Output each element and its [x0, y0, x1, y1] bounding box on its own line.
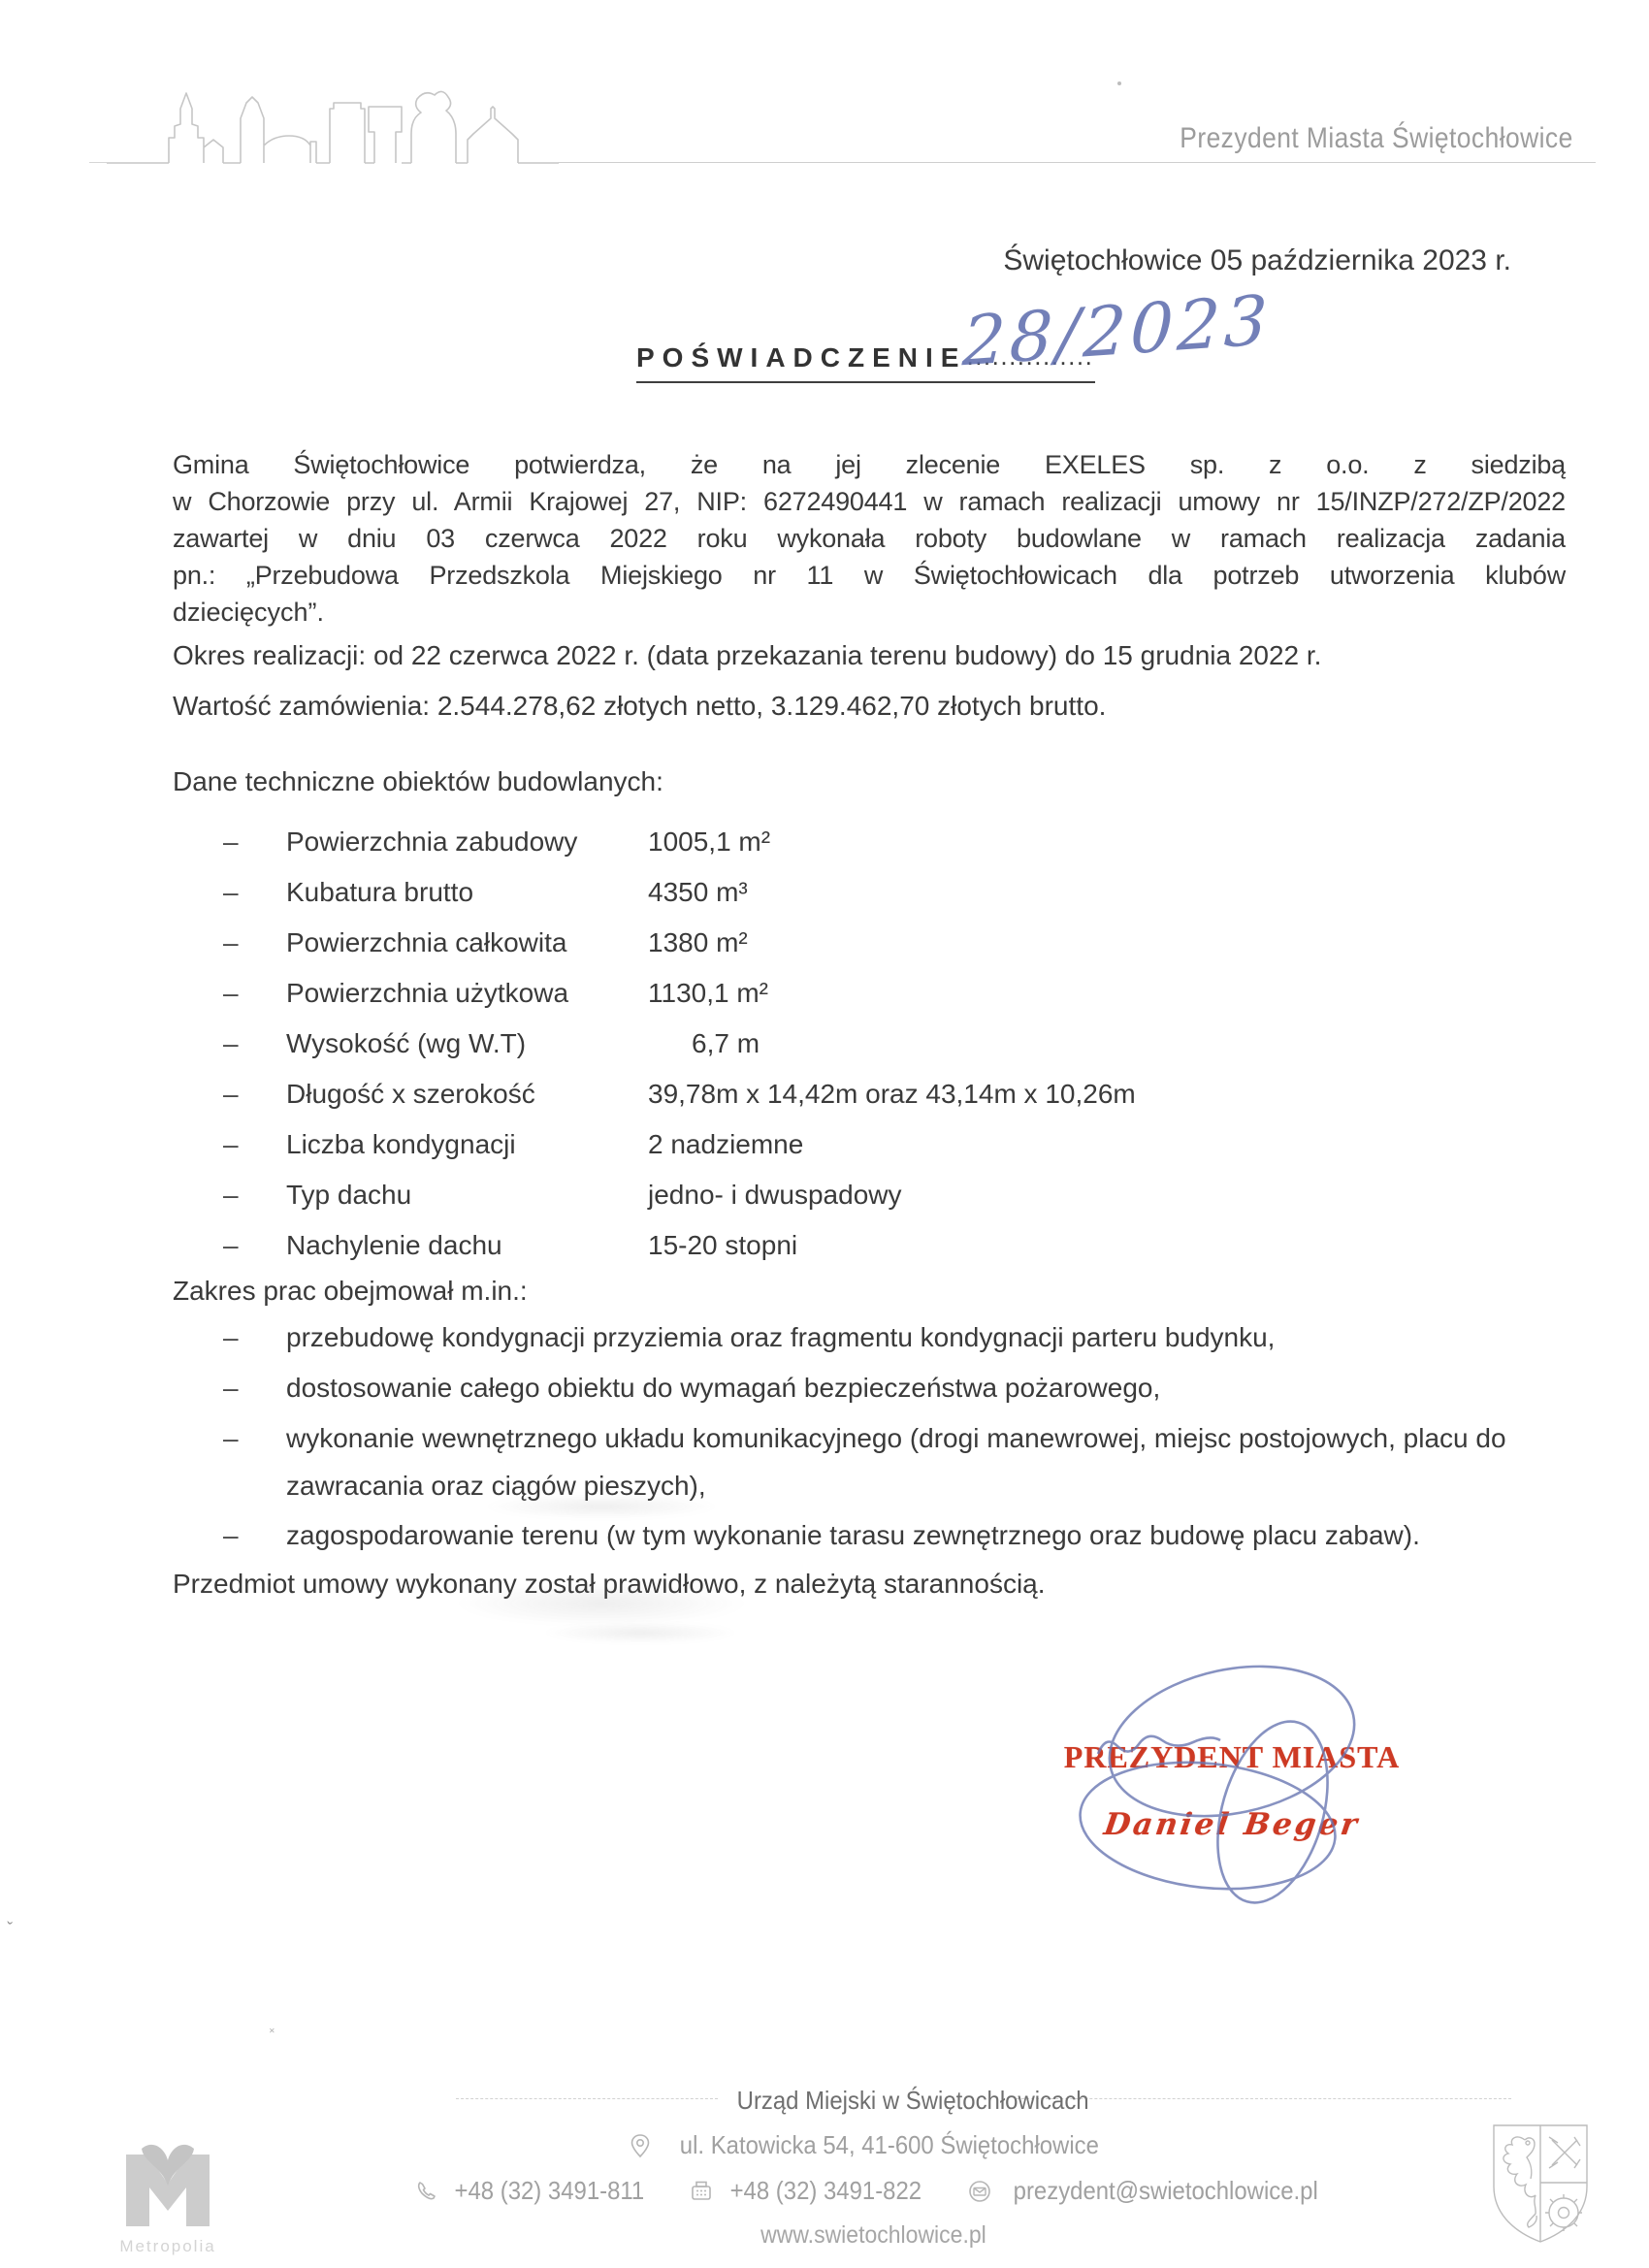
technical-value: jedno- i dwuspadowy	[648, 1180, 902, 1211]
footer-fax: +48 (32) 3491-822	[730, 2176, 921, 2206]
technical-row: – Liczba kondygnacji 2 nadziemne	[173, 1129, 1564, 1180]
technical-label: Powierzchnia zabudowy	[286, 826, 577, 858]
dash-bullet: –	[223, 1322, 239, 1353]
footer-contact-row: +48 (32) 3491-811 +48 (32) 3491-822 prez…	[87, 2176, 1649, 2206]
realization-period: Okres realizacji: od 22 czerwca 2022 r. …	[173, 640, 1321, 671]
date-line: Świętochłowice 05 października 2023 r.	[1003, 244, 1511, 277]
scan-smudge	[485, 1494, 718, 1519]
technical-row: – Wysokość (wg W.T) 6,7 m	[173, 1028, 1564, 1079]
scan-mark: ˟	[270, 2025, 275, 2041]
metropolia-logo: Metropolia	[114, 2139, 221, 2256]
technical-row: – Nachylenie dachu 15-20 stopni	[173, 1230, 1564, 1280]
intro-paragraph: Gmina Świętochłowice potwierdza, że na j…	[173, 446, 1566, 631]
intro-line: w Chorzowie przy ul. Armii Krajowej 27, …	[173, 483, 1566, 520]
technical-row: – Długość x szerokość 39,78m x 14,42m or…	[173, 1079, 1564, 1129]
dash-bullet: –	[223, 877, 239, 908]
technical-value: 6,7 m	[692, 1028, 760, 1059]
pen-signature-icon	[1028, 1649, 1436, 1921]
metropolia-m-icon	[124, 2139, 211, 2228]
footer-divider-right	[1017, 2098, 1511, 2099]
technical-value: 1380 m²	[648, 927, 748, 958]
footer-website: www.swietochlowice.pl	[760, 2221, 986, 2250]
scope-heading: Zakres prac obejmował m.in.:	[173, 1276, 528, 1307]
technical-value: 1005,1 m²	[648, 826, 770, 858]
technical-row: – Typ dachu jedno- i dwuspadowy	[173, 1180, 1564, 1230]
order-value: Wartość zamówienia: 2.544.278,62 złotych…	[173, 691, 1106, 722]
intro-line: pn.: „Przebudowa Przedszkola Miejskiego …	[173, 557, 1566, 594]
technical-value: 39,78m x 14,42m oraz 43,14m x 10,26m	[648, 1079, 1136, 1110]
technical-label: Kubatura brutto	[286, 877, 473, 908]
fax-icon	[689, 2180, 714, 2203]
technical-data-list: – Powierzchnia zabudowy 1005,1 m² – Kuba…	[173, 826, 1564, 1280]
technical-heading: Dane techniczne obiektów budowlanych:	[173, 766, 663, 797]
footer-address: ul. Katowicka 54, 41-600 Świętochłowice	[680, 2130, 1099, 2160]
scan-smudge	[543, 1622, 737, 1643]
intro-line: zawartej w dniu 03 czerwca 2022 roku wyk…	[173, 520, 1566, 557]
location-pin-icon	[629, 2133, 652, 2158]
dash-bullet: –	[223, 1373, 239, 1404]
metropolia-label: Metropolia	[114, 2237, 221, 2256]
footer-divider-left	[456, 2098, 718, 2099]
intro-line: dziecięcych”.	[173, 594, 1566, 631]
scan-smudge	[456, 1581, 747, 1626]
dash-bullet: –	[223, 927, 239, 958]
technical-label: Powierzchnia całkowita	[286, 927, 566, 958]
technical-label: Powierzchnia użytkowa	[286, 978, 568, 1009]
technical-row: – Powierzchnia użytkowa 1130,1 m²	[173, 978, 1564, 1028]
intro-line: Gmina Świętochłowice potwierdza, że na j…	[173, 446, 1566, 483]
dash-bullet: –	[223, 826, 239, 858]
footer-address-row: ul. Katowicka 54, 41-600 Świętochłowice	[87, 2130, 1649, 2160]
scope-text: wykonanie wewnętrznego układu komunikacy…	[286, 1423, 1566, 1454]
scan-mark: ˇ	[4, 1919, 14, 1940]
dash-bullet: –	[223, 1180, 239, 1211]
phone-icon	[415, 2180, 438, 2203]
dash-bullet: –	[223, 978, 239, 1009]
city-crest-icon	[1482, 2121, 1599, 2247]
technical-value: 4350 m³	[648, 877, 748, 908]
scope-text: przebudowę kondygnacji przyziemia oraz f…	[286, 1322, 1566, 1353]
technical-row: – Kubatura brutto 4350 m³	[173, 877, 1564, 927]
footer-phone: +48 (32) 3491-811	[454, 2176, 644, 2206]
email-icon	[967, 2180, 992, 2203]
header-divider-left	[89, 162, 107, 163]
footer-office-name: Urząd Miejski w Świętochłowicach	[737, 2086, 998, 2116]
official-stamp: PREZYDENT MIASTA Daniel Beger	[1028, 1649, 1436, 1921]
scope-text: zagospodarowanie terenu (w tym wykonanie…	[286, 1520, 1566, 1551]
technical-value: 1130,1 m²	[648, 978, 768, 1009]
dash-bullet: –	[223, 1028, 239, 1059]
technical-row: – Powierzchnia całkowita 1380 m²	[173, 927, 1564, 978]
technical-label: Wysokość (wg W.T)	[286, 1028, 526, 1059]
document-page: Prezydent Miasta Świętochłowice Świętoch…	[0, 0, 1649, 2268]
technical-value: 15-20 stopni	[648, 1230, 797, 1261]
dash-bullet: –	[223, 1129, 239, 1160]
dash-bullet: –	[223, 1230, 239, 1261]
handwritten-case-number: 28/2023	[961, 280, 1273, 382]
dash-bullet: –	[223, 1520, 239, 1551]
footer-email-group: prezydent@swietochlowice.pl	[967, 2176, 1331, 2206]
dash-bullet: –	[223, 1079, 239, 1110]
footer-fax-group: +48 (32) 3491-822	[689, 2176, 930, 2206]
footer-website-row: www.swietochlowice.pl	[87, 2221, 1649, 2250]
technical-label: Długość x szerokość	[286, 1079, 535, 1110]
footer-phone-group: +48 (32) 3491-811	[415, 2176, 653, 2206]
technical-row: – Powierzchnia zabudowy 1005,1 m²	[173, 826, 1564, 877]
title-text: POŚWIADCZENIE	[636, 342, 966, 373]
scan-speck	[1117, 81, 1121, 85]
technical-label: Nachylenie dachu	[286, 1230, 502, 1261]
scope-text: zawracania oraz ciągów pieszych),	[286, 1471, 1566, 1502]
header-divider	[558, 162, 1596, 163]
technical-label: Liczba kondygnacji	[286, 1129, 516, 1160]
technical-label: Typ dachu	[286, 1180, 411, 1211]
scope-text: dostosowanie całego obiektu do wymagań b…	[286, 1373, 1566, 1404]
authority-title: Prezydent Miasta Świętochłowice	[1180, 122, 1573, 155]
city-skyline-logo	[105, 80, 561, 167]
footer-email: prezydent@swietochlowice.pl	[1014, 2176, 1318, 2206]
dash-bullet: –	[223, 1423, 239, 1454]
technical-value: 2 nadziemne	[648, 1129, 803, 1160]
